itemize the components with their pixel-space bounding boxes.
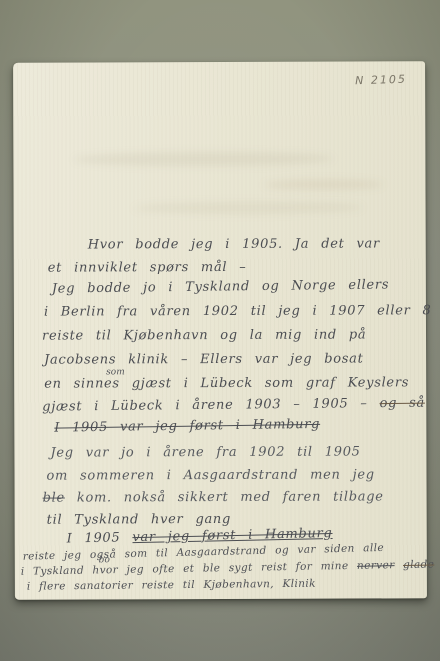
line-text: et innviklet spørs mål –	[48, 260, 247, 276]
line-text: Jeg bodde jo i Tyskland og Norge ellers	[52, 277, 390, 296]
manuscript-line: i flere sanatorier reiste til Kjøbenhavn…	[27, 579, 316, 593]
struck-text: var jeg først i Hamburg	[132, 526, 332, 545]
line-text: i Tyskland hvor jeg ofte et ble sygt rei…	[21, 560, 349, 578]
manuscript-line: reiste til Kjøbenhavn og la mig ind på	[42, 328, 366, 342]
inserted-word: bo	[99, 556, 110, 565]
line-text: om sommeren i Aasgaardstrand men jeg	[46, 467, 374, 483]
pencil-smudge	[73, 152, 333, 167]
manuscript-line: ble kom. nokså sikkert med faren tilbage	[43, 490, 384, 504]
manuscript-paper: N 2105 Hvor bodde jeg i 1905. Ja det var…	[13, 61, 427, 599]
manuscript-line: Jacobsens klinik – Ellers var jeg bosat	[44, 352, 363, 366]
struck-text: ble	[43, 491, 65, 506]
line-text: gjæst i Lübeck i årene 1903 – 1905 –	[42, 396, 367, 414]
archive-number-label: N 2105	[355, 73, 407, 88]
manuscript-line: Jeg bodde jo i Tyskland og Norge ellers	[52, 278, 389, 295]
struck-text: og så	[379, 396, 425, 411]
struck-text: glade	[403, 558, 434, 571]
pencil-smudge	[134, 201, 364, 214]
line-text: Hvor bodde jeg i 1905. Ja det var	[88, 236, 380, 252]
manuscript-line: til Tyskland hver gang	[47, 513, 231, 527]
line-text: reiste til Kjøbenhavn og la mig ind på	[42, 327, 366, 343]
manuscript-line: gjæst i Lübeck i årene 1903 – 1905 – og …	[42, 397, 425, 414]
line-text: kom. nokså sikkert med faren tilbage	[77, 489, 384, 505]
line-text: I 1905	[67, 530, 121, 546]
manuscript-line: i Berlin fra våren 1902 til jeg i 1907 e…	[44, 304, 432, 318]
manuscript-line: som en sinnes gjæst i Lübeck som graf Ke…	[44, 376, 409, 390]
line-text: Jeg var jo i årene fra 1902 til 1905	[50, 445, 360, 461]
line-text: i flere sanatorier reiste til Kjøbenhavn…	[27, 578, 316, 593]
manuscript-line: Hvor bodde jeg i 1905. Ja det var	[88, 237, 380, 251]
manuscript-line: Jeg var jo i årene fra 1902 til 1905	[50, 446, 360, 460]
manuscript-line: I 1905 var jeg først i Hamburg	[67, 527, 333, 546]
line-text: Jacobsens klinik – Ellers var jeg bosat	[44, 351, 363, 367]
struck-text: nerver	[357, 559, 395, 572]
manuscript-line: et innviklet spørs mål –	[48, 261, 247, 275]
line-text: til Tyskland hver gang	[47, 512, 231, 528]
line-text: en sinnes gjæst i Lübeck som graf Keysle…	[44, 375, 409, 391]
inserted-word: som	[106, 368, 125, 377]
manuscript-line: I 1905 var jeg først i Hamburg	[54, 418, 320, 435]
pencil-smudge	[263, 179, 383, 189]
manuscript-line: om sommeren i Aasgaardstrand men jeg	[46, 468, 374, 482]
line-text: i Berlin fra våren 1902 til jeg i 1907 e…	[44, 303, 432, 319]
struck-text: I 1905 var jeg først i Hamburg	[54, 417, 320, 436]
manuscript-line: bo i Tyskland hvor jeg ofte et ble sygt …	[21, 559, 435, 577]
